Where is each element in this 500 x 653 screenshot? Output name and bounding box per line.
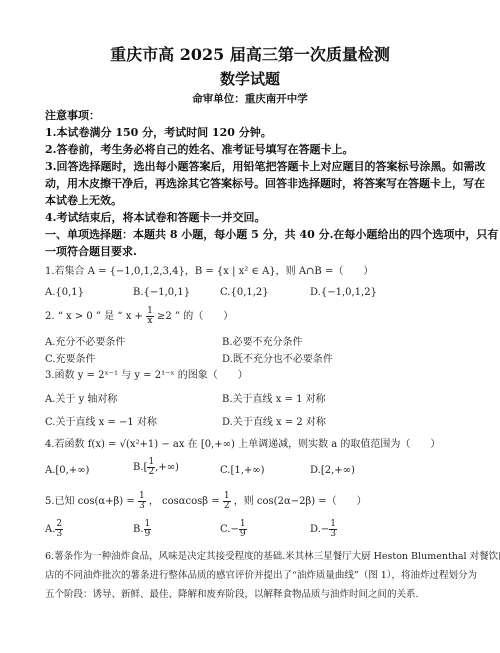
question-3-option-d: D.关于直线 x = 2 对称 xyxy=(222,413,326,428)
section-heading-cont: 一项符合题目要求. xyxy=(45,243,137,259)
stem-text: ， cosαcosβ = xyxy=(149,496,220,507)
question-2-stem: 2. “ x > 0 ” 是 “ x + 1x ≥2 ” 的（ ） xyxy=(45,307,233,326)
question-1-option-b: B.{−1,0,1} xyxy=(133,287,190,298)
question-2-option-a: A.充分不必要条件 xyxy=(45,333,125,348)
exam-title: 重庆市高 2025 届高三第一次质量检测 xyxy=(0,42,500,65)
denominator: 3 xyxy=(138,502,146,511)
question-1-option-d: D.{−1,0,1,2} xyxy=(310,287,377,298)
denominator: 3 xyxy=(329,530,337,539)
question-1-option-a: A.{0,1} xyxy=(45,287,84,298)
question-5-option-d: D.−13 xyxy=(310,520,337,539)
question-2-option-c: C.充要条件 xyxy=(45,350,95,365)
stem-text: ，则 cos(2α−2β) =（ ） xyxy=(234,496,367,507)
question-5-stem: 5.已知 cos(α+β) = 13 ， cosαcosβ = 12 ，则 co… xyxy=(45,492,367,511)
issuing-unit: 命审单位：重庆南开中学 xyxy=(0,91,500,106)
stem-text: 2. “ x > 0 ” 是 “ x + xyxy=(45,311,143,322)
notice-item: 4.考试结束后，将本试卷和答题卡一并交回。 xyxy=(45,209,265,225)
option-text: B.[ xyxy=(133,462,147,473)
denominator: 9 xyxy=(239,530,247,539)
notice-heading: 注意事项： xyxy=(45,107,100,123)
denominator: 2 xyxy=(223,502,231,511)
question-3-option-b: B.关于直线 x = 1 对称 xyxy=(222,390,326,405)
question-4-option-b: B.[12,+∞) xyxy=(133,458,179,477)
question-6-stem-line: 6.薯条作为一种油炸食品，风味是决定其接受程度的基础.米其林三星餐厅大厨 Hes… xyxy=(45,548,500,562)
sign: − xyxy=(321,524,329,535)
notice-item: 3.回答选择题时，选出每小题答案后，用铅笔把答题卡上对应题目的答案标号涂黑。如需… xyxy=(45,158,485,174)
notice-item: 动，用木皮擦干净后，再选涂其它答案标号。回答非选择题时，将答案写在答题卡上，写在 xyxy=(45,175,485,191)
question-3-option-c: C.关于直线 x = −1 对称 xyxy=(45,413,157,428)
question-4-option-d: D.[2,+∞) xyxy=(310,465,355,476)
subject-title: 数学试题 xyxy=(0,68,500,89)
question-2-option-d: D.既不充分也不必要条件 xyxy=(222,350,333,365)
question-6-stem-line: 五个阶段：诱导、新鲜、最佳、降解和废弃阶段，以解释食物品质与油炸时间之间的关系. xyxy=(45,586,419,600)
stem-text: 5.已知 cos(α+β) = xyxy=(45,496,135,507)
fraction: 1x xyxy=(146,307,154,326)
option-label: B. xyxy=(133,524,144,535)
notice-item: 本试卷上无效。 xyxy=(45,192,122,208)
question-4-option-c: C.[1,+∞) xyxy=(220,465,265,476)
stem-text: ≥2 ” 的（ ） xyxy=(157,311,233,322)
question-5-option-a: A.23 xyxy=(45,520,63,539)
question-3-stem: 3.函数 y = 2ˣ⁻¹ 与 y = 2¹⁻ˣ 的图象（ ） xyxy=(45,366,248,381)
denominator: 2 xyxy=(147,468,155,477)
option-label: A. xyxy=(45,524,55,535)
question-1-option-c: C.{0,1,2} xyxy=(220,287,269,298)
question-4-option-a: A.[0,+∞) xyxy=(45,465,89,476)
fraction: 13 xyxy=(138,492,146,511)
question-6-stem-line: 店的不同油炸批次的薯条进行整体品质的感官评价并提出了“油炸质量曲线”（图 1），… xyxy=(45,567,477,581)
sign: − xyxy=(230,524,238,535)
fraction: 12 xyxy=(147,458,155,477)
fraction: 19 xyxy=(239,520,247,539)
section-heading: 一、单项选择题：本题共 8 小题，每小题 5 分，共 40 分.在每小题给出的四… xyxy=(45,226,498,242)
fraction: 12 xyxy=(223,492,231,511)
question-5-option-c: C.−19 xyxy=(220,520,247,539)
notice-item: 2.答卷前，考生务必将自己的姓名、准考证号填写在答题卡上。 xyxy=(45,141,353,157)
question-3-option-a: A.关于 y 轴对称 xyxy=(45,390,117,405)
question-1-stem: 1.若集合 A = {−1,0,1,2,3,4}，B = {x | x² ∈ A… xyxy=(45,262,373,277)
fraction: 23 xyxy=(55,520,63,539)
question-4-stem: 4.若函数 f(x) = √(x²+1) − ax 在 [0,+∞) 上单调递减… xyxy=(45,435,440,450)
fraction: 13 xyxy=(329,520,337,539)
notice-item: 1.本试卷满分 150 分，考试时间 120 分钟。 xyxy=(45,124,272,140)
denominator: x xyxy=(146,317,154,326)
question-5-option-b: B.19 xyxy=(133,520,151,539)
denominator: 9 xyxy=(144,530,152,539)
option-text: ,+∞) xyxy=(155,462,179,473)
denominator: 3 xyxy=(55,530,63,539)
question-2-option-b: B.必要不充分条件 xyxy=(222,333,303,348)
option-label: C. xyxy=(220,524,230,535)
option-label: D. xyxy=(310,524,321,535)
fraction: 19 xyxy=(144,520,152,539)
